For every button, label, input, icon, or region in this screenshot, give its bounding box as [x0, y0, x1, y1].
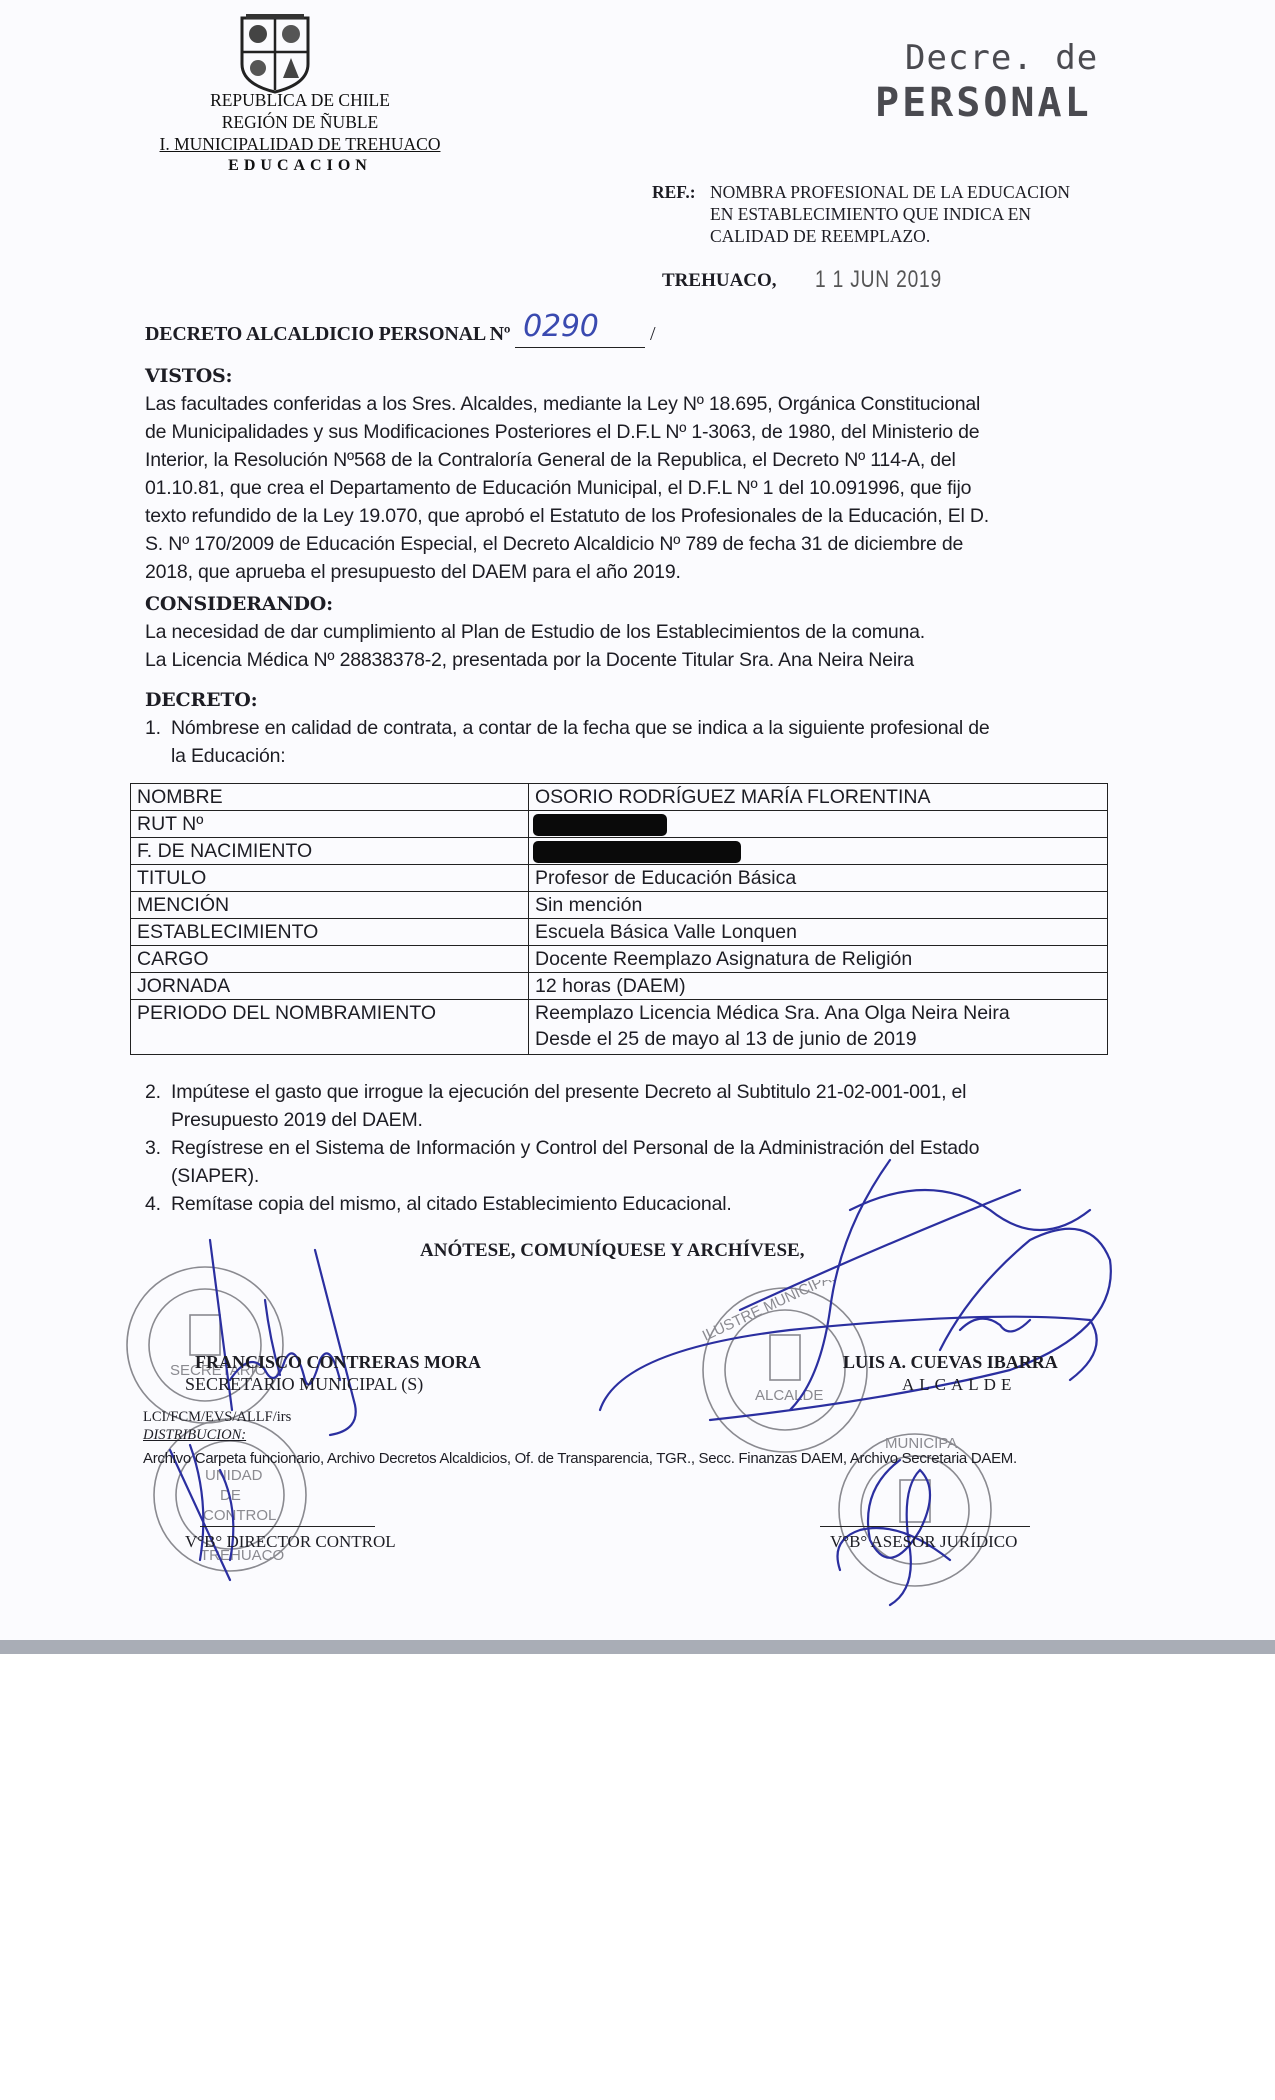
table-value — [529, 838, 1108, 865]
table-row: F. DE NACIMIENTO — [131, 838, 1108, 865]
vistos-heading: VISTOS: — [145, 362, 1105, 390]
table-label: JORNADA — [131, 973, 529, 1000]
decree-number-suffix: / — [650, 323, 655, 345]
secretary-title: SECRETARIO MUNICIPAL (S) — [185, 1374, 423, 1395]
secretary-name: FRANCISCO CONTRERAS MORA — [195, 1352, 481, 1373]
distribution-label: DISTRIBUCION: — [143, 1427, 246, 1444]
table-value: OSORIO RODRÍGUEZ MARÍA FLORENTINA — [529, 784, 1108, 811]
table-label: NOMBRE — [131, 784, 529, 811]
vistos-line: Las facultades conferidas a los Sres. Al… — [145, 390, 1105, 418]
header-block: REPUBLICA DE CHILE REGIÓN DE ÑUBLE I. MU… — [120, 89, 480, 177]
vistos-line: S. Nº 170/2009 de Educación Especial, el… — [145, 530, 1105, 558]
mayor-signature-icon — [590, 1150, 1130, 1450]
distribution-list: Archivo Carpeta funcionario, Archivo Dec… — [143, 1450, 1017, 1467]
decreto-section: DECRETO: 1. Nómbrese en calidad de contr… — [145, 686, 1110, 770]
table-row: NOMBRE OSORIO RODRÍGUEZ MARÍA FLORENTINA — [131, 784, 1108, 811]
item-number: 1. — [145, 714, 171, 770]
table-label: RUT Nº — [131, 811, 529, 838]
vistos-section: VISTOS: Las facultades conferidas a los … — [145, 362, 1105, 586]
table-value: Reemplazo Licencia Médica Sra. Ana Olga … — [529, 1000, 1108, 1055]
header-municipality: I. MUNICIPALIDAD DE TREHUACO — [120, 133, 480, 155]
legal-signature-icon — [820, 1450, 980, 1610]
mayor-name: LUIS A. CUEVAS IBARRA — [843, 1352, 1058, 1373]
table-value: Profesor de Educación Básica — [529, 865, 1108, 892]
decreto-item-2: 2. Impútese el gasto que irrogue la ejec… — [145, 1078, 1110, 1134]
vistos-line: texto refundido de la Ley 19.070, que ap… — [145, 502, 1105, 530]
scan-edge — [0, 1640, 1275, 1654]
vistos-line: Interior, la Resolución Nº568 de la Cont… — [145, 446, 1105, 474]
period-line: Desde el 25 de mayo al 13 de junio de 20… — [535, 1026, 1101, 1052]
considerando-line: La necesidad de dar cumplimiento al Plan… — [145, 618, 1105, 646]
header-department: EDUCACION — [120, 155, 480, 177]
stamp-line1: Decre. de — [905, 38, 1098, 78]
item-line: la Educación: — [171, 742, 990, 770]
vistos-line: de Municipalidades y sus Modificaciones … — [145, 418, 1105, 446]
redaction-mark — [533, 814, 667, 836]
redaction-mark — [533, 841, 741, 863]
date-stamp: 1 1 JUN 2019 — [815, 266, 942, 294]
header-region: REGIÓN DE ÑUBLE — [120, 111, 480, 133]
table-row: ESTABLECIMIENTO Escuela Básica Valle Lon… — [131, 919, 1108, 946]
table-label: TITULO — [131, 865, 529, 892]
decreto-heading: DECRETO: — [145, 686, 1110, 714]
place-label: TREHUACO, — [662, 270, 777, 292]
table-row: PERIODO DEL NOMBRAMIENTO Reemplazo Licen… — [131, 1000, 1108, 1055]
vistos-line: 2018, que aprueba el presupuesto del DAE… — [145, 558, 1105, 586]
table-row: JORNADA 12 horas (DAEM) — [131, 973, 1108, 1000]
ref-label: REF.: — [652, 181, 710, 247]
table-value: Sin mención — [529, 892, 1108, 919]
mayor-title: ALCALDE — [902, 1375, 1016, 1395]
decree-title-label: DECRETO ALCALDICIO PERSONAL Nº — [145, 323, 510, 345]
item-number: 4. — [145, 1190, 171, 1218]
table-value — [529, 811, 1108, 838]
item-line: Impútese el gasto que irrogue la ejecuci… — [171, 1078, 966, 1106]
table-label: F. DE NACIMIENTO — [131, 838, 529, 865]
header-country: REPUBLICA DE CHILE — [120, 89, 480, 111]
item-number: 3. — [145, 1134, 171, 1190]
appointment-table: NOMBRE OSORIO RODRÍGUEZ MARÍA FLORENTINA… — [130, 783, 1108, 1055]
table-label: CARGO — [131, 946, 529, 973]
table-row: RUT Nº — [131, 811, 1108, 838]
table-value: Escuela Básica Valle Lonquen — [529, 919, 1108, 946]
table-label: PERIODO DEL NOMBRAMIENTO — [131, 1000, 529, 1055]
considerando-line: La Licencia Médica Nº 28838378-2, presen… — [145, 646, 1105, 674]
table-value: 12 horas (DAEM) — [529, 973, 1108, 1000]
control-approval-label: V°B° DIRECTOR CONTROL — [185, 1532, 396, 1552]
item-line: Presupuesto 2019 del DAEM. — [171, 1106, 966, 1134]
decree-number-handwritten: 0290 — [523, 313, 599, 341]
decree-title: DECRETO ALCALDICIO PERSONAL Nº 0290 / — [145, 320, 655, 348]
stamp-line2: PERSONAL — [875, 80, 1092, 126]
considerando-heading: CONSIDERANDO: — [145, 590, 1105, 618]
initials: LCI/FCM/EVS/ALLF/irs — [143, 1409, 291, 1426]
considerando-section: CONSIDERANDO: La necesidad de dar cumpli… — [145, 590, 1105, 674]
table-value: Docente Reemplazo Asignatura de Religión — [529, 946, 1108, 973]
ref-line: CALIDAD DE REEMPLAZO. — [710, 225, 1070, 247]
period-line: Reemplazo Licencia Médica Sra. Ana Olga … — [535, 1000, 1101, 1026]
legal-signature-line — [820, 1526, 1030, 1527]
table-row: CARGO Docente Reemplazo Asignatura de Re… — [131, 946, 1108, 973]
item-number: 2. — [145, 1078, 171, 1134]
municipal-crest-icon — [236, 12, 314, 94]
decree-number-field: 0290 — [515, 325, 645, 348]
ref-line: EN ESTABLECIMIENTO QUE INDICA EN — [710, 203, 1070, 225]
ref-block: REF.: NOMBRA PROFESIONAL DE LA EDUCACION… — [652, 181, 1070, 247]
table-label: MENCIÓN — [131, 892, 529, 919]
table-row: TITULO Profesor de Educación Básica — [131, 865, 1108, 892]
control-signature-line — [200, 1526, 375, 1527]
legal-approval-label: V°B° ASESOR JURÍDICO — [830, 1532, 1017, 1552]
vistos-line: 01.10.81, que crea el Departamento de Ed… — [145, 474, 1105, 502]
table-row: MENCIÓN Sin mención — [131, 892, 1108, 919]
item-line: Nómbrese en calidad de contrata, a conta… — [171, 714, 990, 742]
ref-line: NOMBRA PROFESIONAL DE LA EDUCACION — [710, 181, 1070, 203]
table-label: ESTABLECIMIENTO — [131, 919, 529, 946]
decreto-item-1: 1. Nómbrese en calidad de contrata, a co… — [145, 714, 1110, 770]
